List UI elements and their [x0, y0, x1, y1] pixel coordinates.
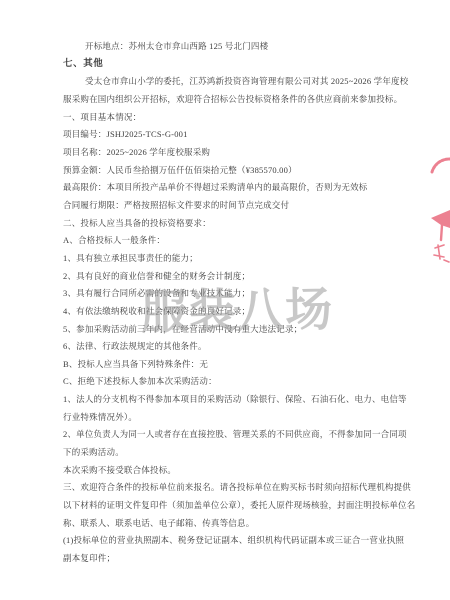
red-seal-fragment-icon	[428, 152, 450, 270]
scanned-document-page: 开标地点：苏州太仓市弇山西路 125 号北门四楼七、其他受太仓市弇山小学的委托，…	[0, 0, 450, 600]
text-line: 项目编号：JSHJ2025-TCS-G-001	[63, 126, 395, 144]
text-line: B、投标人应当具备下列特殊条件：无	[63, 356, 395, 374]
text-line: 3、具有履行合同所必需的设备和专业技术能力；	[63, 285, 395, 303]
text-line: 2、具有良好的商业信誉和健全的财务会计制度；	[63, 268, 395, 286]
text-line: 受太仓市弇山小学的委托，江苏鸿新投资咨询管理有限公司对其 2025~2026 学…	[63, 73, 395, 91]
text-line: 预算金额：人民币叁拾捌万伍仟伍佰柒拾元整（¥385570.00）	[63, 162, 395, 180]
section-heading: 七、其他	[63, 56, 395, 74]
text-line: 2、单位负责人为同一人或者存在直接控股、管理关系的不同供应商，不得参加同一合同项	[63, 426, 395, 444]
text-line: 本次采购不接受联合体投标。	[63, 462, 395, 480]
text-line: 服采购在国内组织公开招标，欢迎符合招标公告投标资格条件的各供应商前来参加投标。	[63, 91, 395, 109]
text-line: 项目名称：2025~2026 学年度校服采购	[63, 144, 395, 162]
text-line: A、合格投标人一般条件：	[63, 232, 395, 250]
text-line: 以下材料的证明文件复印件（须加盖单位公章），委托人原件现场核验，封面注明投标单位…	[63, 497, 395, 515]
text-line: 副本复印件；	[63, 550, 395, 568]
text-line: 合同履行期限：严格按照招标文件要求的时间节点完成交付	[63, 197, 395, 215]
text-line: 行业特殊情况外）。	[63, 409, 395, 427]
text-line: 二、投标人应当具备的投标资格要求：	[63, 215, 395, 233]
text-line: 1、具有独立承担民事责任的能力；	[63, 250, 395, 268]
text-line: C、拒绝下述投标人参加本次采购活动：	[63, 373, 395, 391]
text-line: 三、欢迎符合条件的投标单位前来报名。请各投标单位在购买标书时须向招标代理机构提供	[63, 479, 395, 497]
text-line: 6、法律、行政法规规定的其他条件。	[63, 338, 395, 356]
text-line: 称、联系人、联系电话、电子邮箱、传真等信息。	[63, 515, 395, 533]
text-line: 4、有依法缴纳税收和社会保障资金的良好记录；	[63, 303, 395, 321]
text-line: (1)投标单位的营业执照副本、税务登记证副本、组织机构代码证副本或三证合一营业执…	[63, 532, 395, 550]
text-line: 最高限价：本项目所投产品单价不得超过采购清单内的最高限价，否则为无效标	[63, 179, 395, 197]
document-text-block: 开标地点：苏州太仓市弇山西路 125 号北门四楼七、其他受太仓市弇山小学的委托，…	[63, 38, 395, 568]
text-line: 开标地点：苏州太仓市弇山西路 125 号北门四楼	[63, 38, 395, 56]
text-line: 5、参加采购活动前三年内，在经营活动中没有重大违法记录；	[63, 321, 395, 339]
text-line: 一、项目基本情况：	[63, 109, 395, 127]
text-line: 1、法人的分支机构不得参加本项目的采购活动（除银行、保险、石油石化、电力、电信等	[63, 391, 395, 409]
text-line: 下的采购活动。	[63, 444, 395, 462]
